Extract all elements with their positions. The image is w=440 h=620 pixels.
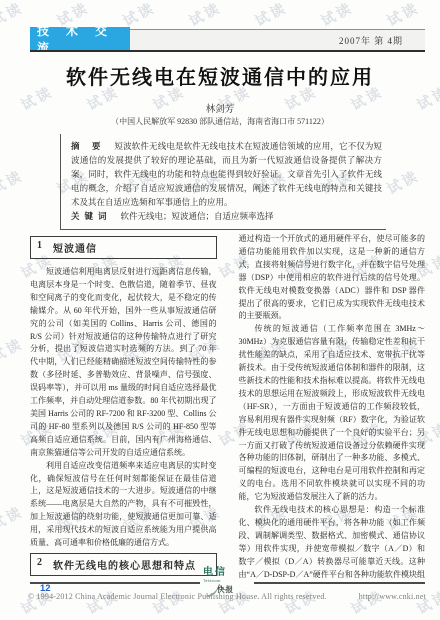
watermark-text: 试读 <box>347 585 386 619</box>
section-2-heading: 2 软件无线电的核心思想和特点 <box>30 553 217 576</box>
watermark-text: 试读 <box>185 0 224 31</box>
section-banner: 技 术 交 流 <box>30 27 130 50</box>
abstract-paragraph: 摘 要短波软件无线电是软件无线电技术在短波通信领域的应用，它不仅为短波通信的发展… <box>71 139 382 209</box>
left-column: 1 短波通信 短波通信利用电离层反射进行远距离信息传输，电离层本身是一个时变、色… <box>30 233 217 581</box>
logo-kuaibao-mark: 快报 <box>203 584 255 596</box>
abstract-block: 摘 要短波软件无线电是软件无线电技术在短波通信领域的应用，它不仅为短波通信的发展… <box>60 134 386 230</box>
header-strip: 2007年 第 4期 <box>130 29 425 50</box>
header-rule <box>30 50 425 52</box>
watermark-text: 试读 <box>83 585 122 619</box>
paragraph: 通过构造一个开放式的通用硬件平台，使尽可能多的通信功能能用软件加以实现，这是一种… <box>239 233 426 323</box>
watermark-text: 试读 <box>413 585 440 619</box>
footer-rule-left <box>30 582 200 584</box>
watermark-text: 试读 <box>317 0 356 31</box>
author-name: 林剑芳 <box>0 101 440 115</box>
watermark-text: 试读 <box>281 585 320 619</box>
journal-page: 试读试读试读试读试读试读试读试读试读试读试读试读试读试读试读试读试读试读试读试读… <box>0 0 440 620</box>
section-1-number: 1 <box>37 240 43 255</box>
keywords-text: 软件无线电；短波通信；自适应频率选择 <box>121 211 274 221</box>
watermark-text: 试读 <box>0 501 27 535</box>
abstract-text: 短波软件无线电是软件无线电技术在短波通信领域的应用，它不仅为短波通信的发展提供了… <box>71 141 382 207</box>
page-number: 12 <box>40 583 51 594</box>
watermark-text: 试读 <box>383 0 422 31</box>
logo-kuaibao-text: 快报 <box>217 586 234 594</box>
footer-rule-right <box>254 582 425 584</box>
right-column: 通过构造一个开放式的通用硬件平台，使尽可能多的通信功能能用软件加以实现，这是一种… <box>239 233 426 581</box>
watermark-text: 试读 <box>0 165 27 199</box>
section-2-title: 软件无线电的核心思想和特点 <box>53 557 196 572</box>
journal-logo: 电信 Telecom 快报 <box>203 568 255 596</box>
paragraph: 短波通信利用电离层反射进行远距离信息传输，电离层本身是一个时变、色散信道，随着季… <box>30 266 217 460</box>
issue-label: 2007年 第 4期 <box>339 34 425 47</box>
section-2-number: 2 <box>37 557 43 572</box>
cnki-url: http://www.cnki.net <box>359 592 426 601</box>
watermark-text: 试读 <box>0 333 27 367</box>
section-1-heading: 1 短波通信 <box>30 236 217 259</box>
watermark-text: 试读 <box>17 585 56 619</box>
keywords-label: 关键词 <box>71 211 112 221</box>
article-body: 1 短波通信 短波通信利用电离层反射进行远距离信息传输，电离层本身是一个时变、色… <box>30 233 425 581</box>
watermark-text: 试读 <box>383 165 422 199</box>
watermark-text: 试读 <box>149 585 188 619</box>
paragraph: 传统的短波通信（工作频率范围在 3MHz～30MHz）为克服通信容量有限，传输稳… <box>239 323 426 504</box>
paragraph: 利用自适应改变信道频率来适应电离层的实时变化，确保短波信号在任何时刻都能保证在最… <box>30 460 217 550</box>
watermark-text: 试读 <box>0 0 27 31</box>
abstract-label: 摘 要 <box>71 141 106 151</box>
watermark-text: 试读 <box>251 0 290 31</box>
article-title: 软件无线电在短波通信中的应用 <box>0 61 440 90</box>
paragraph: 软件无线电技术的核心思想是：构造一个标准化、模块化的通用硬件平台，将各种功能（如… <box>239 504 426 581</box>
logo-dianxin-text: 电信 <box>203 568 255 578</box>
copyright-text: © 1994-2012 China Academic Journal Elect… <box>28 592 327 601</box>
section-1-title: 短波通信 <box>53 240 97 255</box>
keywords-line: 关键词软件无线电；短波通信；自适应频率选择 <box>71 209 382 223</box>
author-affiliation: （中国人民解放军 92830 部队通信站，海南省海口市 571122） <box>0 116 440 127</box>
